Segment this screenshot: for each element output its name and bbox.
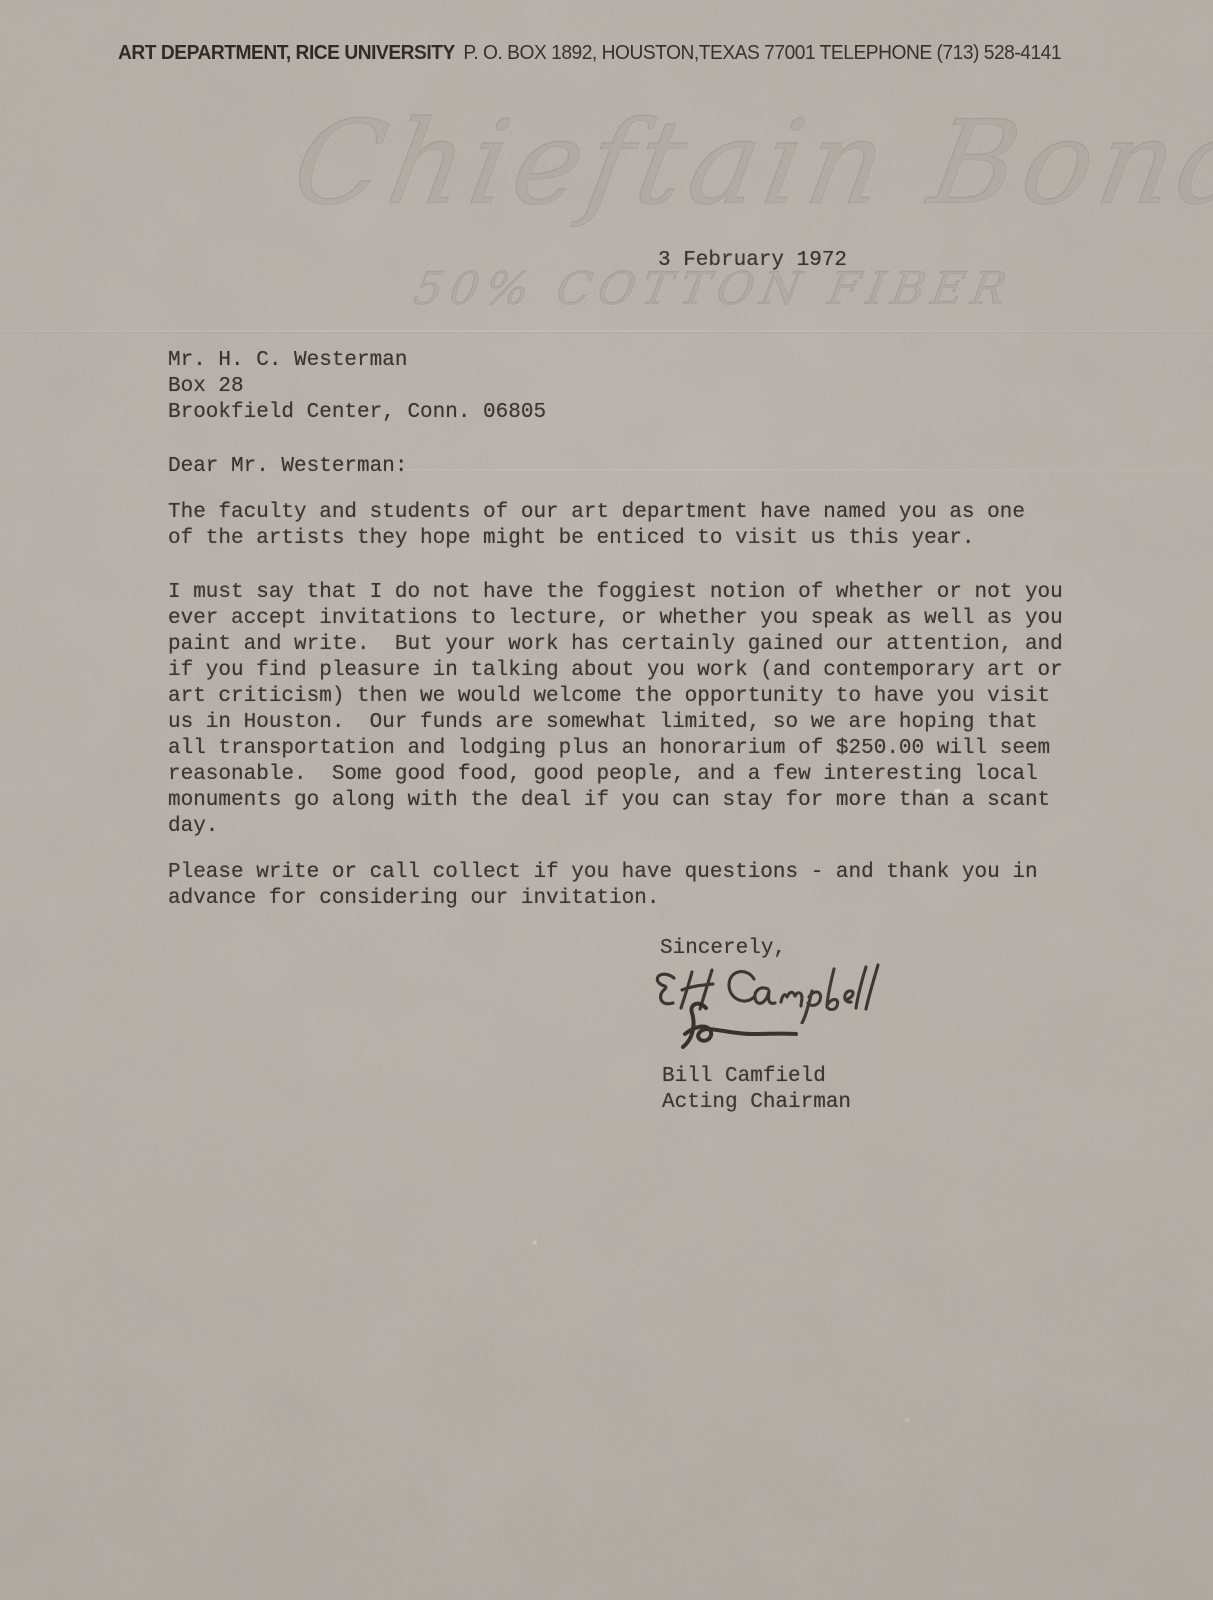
signer-name-title-block: Bill Camfield Acting Chairman <box>662 1064 851 1116</box>
body-paragraph-1: The faculty and students of our art depa… <box>168 500 1118 552</box>
salutation: Dear Mr. Westerman: <box>168 454 407 480</box>
body-paragraph-2: I must say that I do not have the foggie… <box>168 580 1118 840</box>
paper-crease <box>0 330 1213 332</box>
valediction: Sincerely, <box>660 936 786 962</box>
letterhead: ART DEPARTMENT, RICE UNIVERSITYP. O. BOX… <box>118 40 1061 66</box>
handwritten-signature <box>648 962 880 1024</box>
paper-speck <box>906 1419 909 1422</box>
paper-speck <box>533 1241 537 1244</box>
letter-page: Chieftain Bond 50% COTTON FIBER ART DEPA… <box>0 0 1213 1600</box>
recipient-address-block: Mr. H. C. Westerman Box 28 Brookfield Ce… <box>168 348 546 426</box>
letterhead-department: ART DEPARTMENT, RICE UNIVERSITY <box>118 42 455 64</box>
date-line: 3 February 1972 <box>658 248 847 274</box>
paper-watermark-brand: Chieftain Bond <box>284 96 1213 231</box>
letterhead-address: P. O. BOX 1892, HOUSTON,TEXAS 77001 TELE… <box>463 42 1061 64</box>
body-paragraph-3: Please write or call collect if you have… <box>168 860 1118 912</box>
handwritten-for-note <box>676 1000 812 1050</box>
